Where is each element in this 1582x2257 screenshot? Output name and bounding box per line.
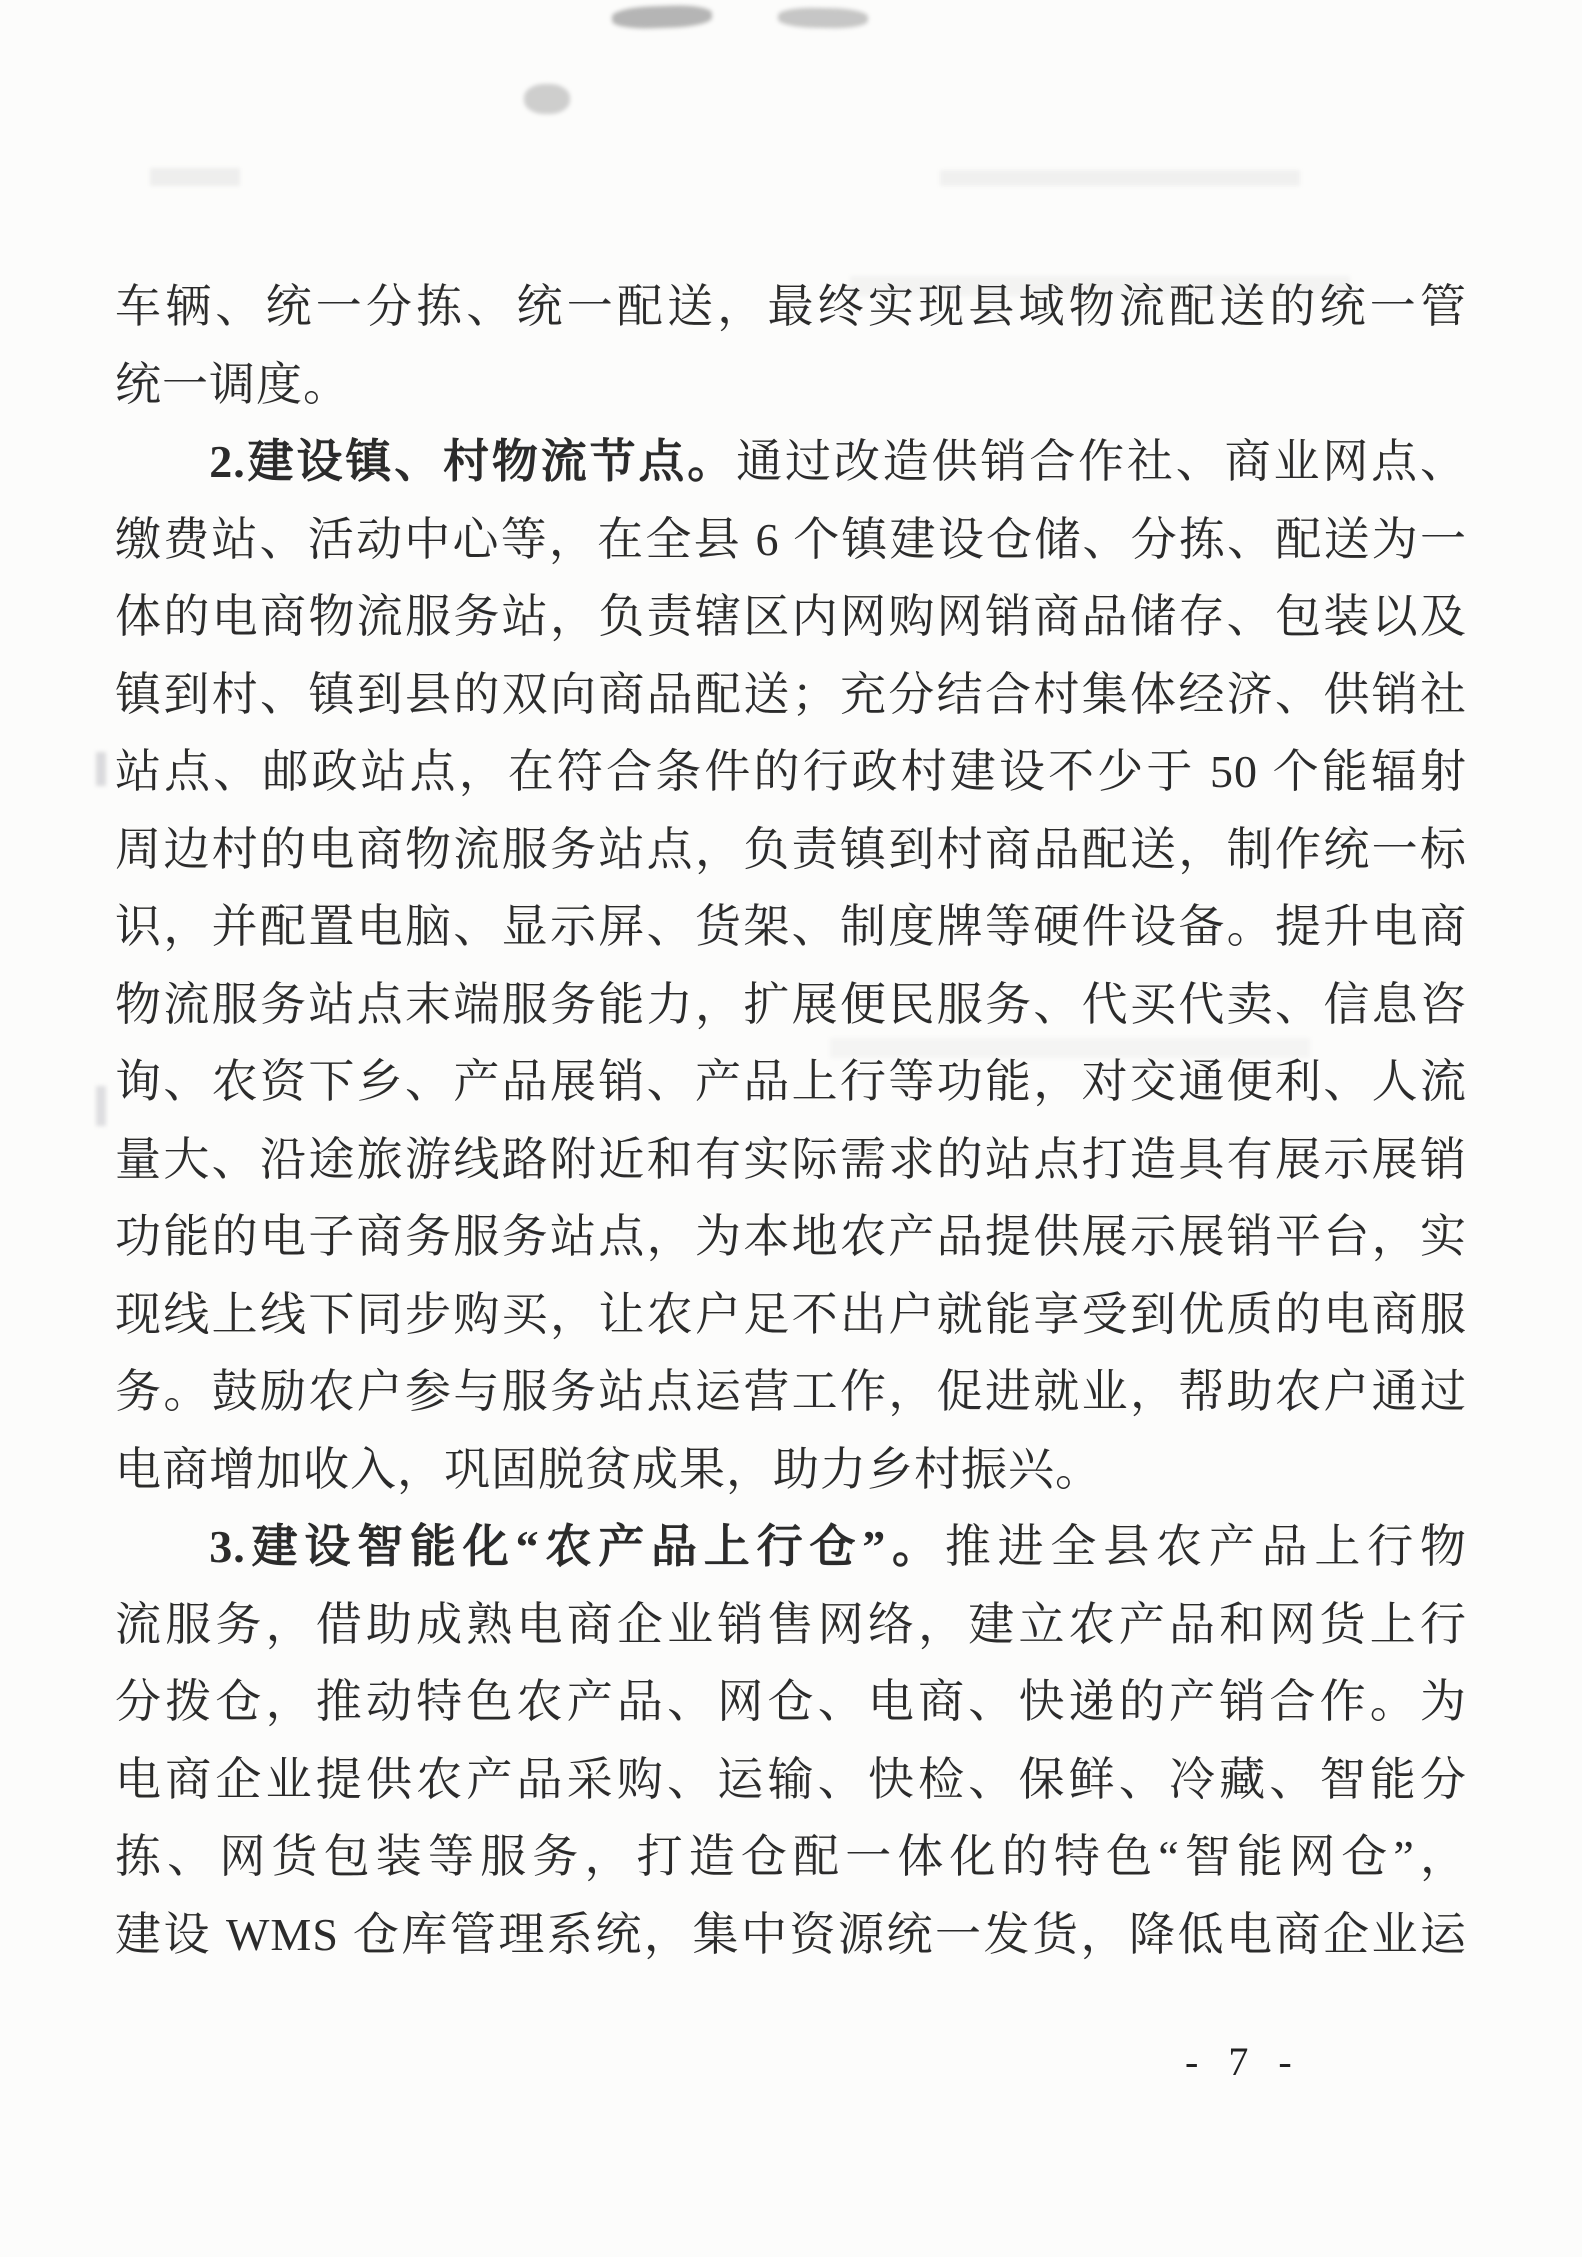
- document-body: 车辆、统一分拣、统一配送，最终实现县域物流配送的统一管理、统一调度。2.建设镇、…: [115, 268, 1467, 1973]
- text-run: 识，并配置电脑、显示屏、货架、制度牌等硬件设备。提升电商: [115, 901, 1467, 952]
- text-line: 镇到村、镇到县的双向商品配送；充分结合村集体经济、供销社: [115, 656, 1467, 734]
- text-run: 物流服务站点末端服务能力，扩展便民服务、代买代卖、信息咨: [115, 979, 1467, 1030]
- text-run: 站点、邮政站点，在符合条件的行政村建设不少于 50 个能辐射: [115, 746, 1467, 797]
- text-run: 分拨仓，推动特色农产品、网仓、电商、快递的产销合作。为: [115, 1676, 1467, 1727]
- text-line: 物流服务站点末端服务能力，扩展便民服务、代买代卖、信息咨: [115, 966, 1467, 1044]
- scan-artifact: [778, 7, 868, 29]
- text-run: 现线上线下同步购买，让农户足不出户就能享受到优质的电商服: [115, 1289, 1467, 1340]
- text-run: 务。鼓励农户参与服务站点运营工作，促进就业，帮助农户通过: [115, 1366, 1467, 1417]
- text-run: 量大、沿途旅游线路附近和有实际需求的站点打造具有展示展销: [115, 1134, 1467, 1185]
- text-run: 周边村的电商物流服务站点，负责镇到村商品配送，制作统一标: [115, 824, 1467, 875]
- text-run: 统一调度。: [115, 359, 350, 410]
- text-line: 电商企业提供农产品采购、运输、快检、保鲜、冷藏、智能分: [115, 1741, 1467, 1819]
- text-line: 流服务，借助成熟电商企业销售网络，建立农产品和网货上行: [115, 1586, 1467, 1664]
- text-line: 量大、沿途旅游线路附近和有实际需求的站点打造具有展示展销: [115, 1121, 1467, 1199]
- text-run: 推进全县农产品上行物: [945, 1521, 1467, 1572]
- heading-run: 2.建设镇、村物流节点。: [209, 436, 736, 487]
- scan-artifact: [96, 1086, 106, 1126]
- scan-artifact: [612, 4, 713, 29]
- text-run: 拣、网货包装等服务，打造仓配一体化的特色“智能网仓”，: [115, 1831, 1467, 1882]
- text-line: 拣、网货包装等服务，打造仓配一体化的特色“智能网仓”，: [115, 1818, 1467, 1896]
- text-line: 电商增加收入，巩固脱贫成果，助力乡村振兴。: [115, 1431, 1467, 1509]
- text-line: 分拨仓，推动特色农产品、网仓、电商、快递的产销合作。为: [115, 1663, 1467, 1741]
- text-run: 询、农资下乡、产品展销、产品上行等功能，对交通便利、人流: [115, 1056, 1467, 1107]
- text-line: 3.建设智能化“农产品上行仓”。推进全县农产品上行物: [115, 1508, 1467, 1586]
- text-line: 2.建设镇、村物流节点。通过改造供销合作社、商业网点、: [115, 423, 1467, 501]
- text-line: 建设 WMS 仓库管理系统，集中资源统一发货，降低电商企业运: [115, 1896, 1467, 1974]
- text-line: 车辆、统一分拣、统一配送，最终实现县域物流配送的统一管理、: [115, 268, 1467, 346]
- scan-artifact: [524, 84, 570, 114]
- text-run: 缴费站、活动中心等，在全县 6 个镇建设仓储、分拣、配送为一: [115, 514, 1467, 565]
- text-run: 通过改造供销合作社、商业网点、: [736, 436, 1467, 487]
- scan-artifact: [96, 752, 106, 786]
- scanned-document-page: 车辆、统一分拣、统一配送，最终实现县域物流配送的统一管理、统一调度。2.建设镇、…: [0, 0, 1582, 2257]
- text-run: 建设 WMS 仓库管理系统，集中资源统一发货，降低电商企业运: [115, 1909, 1467, 1960]
- text-run: 电商增加收入，巩固脱贫成果，助力乡村振兴。: [115, 1444, 1102, 1495]
- text-run: 电商企业提供农产品采购、运输、快检、保鲜、冷藏、智能分: [115, 1754, 1467, 1805]
- heading-run: 3.建设智能化“农产品上行仓”。: [209, 1521, 945, 1572]
- text-line: 现线上线下同步购买，让农户足不出户就能享受到优质的电商服: [115, 1276, 1467, 1354]
- text-run: 流服务，借助成熟电商企业销售网络，建立农产品和网货上行: [115, 1599, 1467, 1650]
- text-line: 站点、邮政站点，在符合条件的行政村建设不少于 50 个能辐射: [115, 733, 1467, 811]
- text-line: 体的电商物流服务站，负责辖区内网购网销商品储存、包装以及: [115, 578, 1467, 656]
- text-run: 车辆、统一分拣、统一配送，最终实现县域物流配送的统一管理、: [115, 281, 1467, 346]
- text-run: 体的电商物流服务站，负责辖区内网购网销商品储存、包装以及: [115, 591, 1467, 642]
- scan-artifact: [150, 168, 240, 186]
- text-line: 周边村的电商物流服务站点，负责镇到村商品配送，制作统一标: [115, 811, 1467, 889]
- text-line: 统一调度。: [115, 346, 1467, 424]
- text-run: 功能的电子商务服务站点，为本地农产品提供展示展销平台，实: [115, 1211, 1467, 1262]
- text-line: 务。鼓励农户参与服务站点运营工作，促进就业，帮助农户通过: [115, 1353, 1467, 1431]
- text-run: 镇到村、镇到县的双向商品配送；充分结合村集体经济、供销社: [115, 669, 1467, 720]
- text-line: 缴费站、活动中心等，在全县 6 个镇建设仓储、分拣、配送为一: [115, 501, 1467, 579]
- page-number: - 7 -: [1185, 2038, 1302, 2085]
- text-line: 功能的电子商务服务站点，为本地农产品提供展示展销平台，实: [115, 1198, 1467, 1276]
- scan-artifact: [940, 170, 1300, 186]
- text-line: 识，并配置电脑、显示屏、货架、制度牌等硬件设备。提升电商: [115, 888, 1467, 966]
- text-line: 询、农资下乡、产品展销、产品上行等功能，对交通便利、人流: [115, 1043, 1467, 1121]
